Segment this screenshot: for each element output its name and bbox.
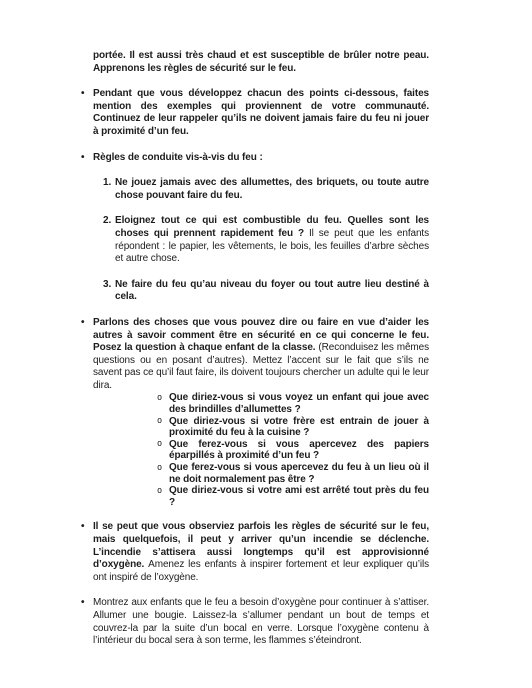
bullet-parlons-questions: •Parlons des choses que vous pouvez dire…: [93, 317, 429, 393]
document-page: portée. Il est aussi très chaud et est s…: [0, 0, 532, 688]
text-content: Ne jouez jamais avec des allumettes, des…: [115, 177, 429, 202]
text-content: Il se peut que vous observiez parfois le…: [93, 521, 429, 584]
text-content: Que diriez-vous si votre frère est entra…: [169, 416, 429, 439]
bullet-incendie-oxygene: •Il se peut que vous observiez parfois l…: [93, 521, 429, 584]
sub-bullet-icon: o: [157, 462, 169, 485]
text-content: Que ferez-vous si vous apercevez du feu …: [169, 462, 429, 485]
text-run-bold: Que ferez-vous si vous apercevez des pap…: [169, 439, 429, 462]
text-run-bold: Que ferez-vous si vous apercevez du feu …: [169, 462, 429, 485]
bullet-icon: •: [81, 521, 93, 584]
rule-item-2: 2.Eloignez tout ce qui est combustible d…: [103, 215, 429, 265]
bullet-regles-conduite-heading: •Règles de conduite vis-à-vis du feu :: [93, 152, 429, 165]
item-number: 1.: [103, 177, 115, 202]
text-run-bold: Que diriez-vous si vous voyez un enfant …: [169, 392, 429, 415]
paragraph-intro: portée. Il est aussi très chaud et est s…: [93, 50, 429, 75]
text-run-bold: Ne faire du feu qu’au niveau du foyer ou…: [115, 279, 429, 303]
document-content: portée. Il est aussi très chaud et est s…: [0, 0, 532, 688]
sub-bullet-icon: o: [157, 416, 169, 439]
question-ami-pres-du-feu: oQue diriez-vous si votre ami est arrêté…: [157, 485, 429, 508]
bullet-icon: •: [81, 152, 93, 165]
bullet-demo-bougie: •Montrez aux enfants que le feu a besoin…: [93, 597, 429, 647]
text-run-bold: Pendant que vous développez chacun des p…: [93, 88, 429, 137]
sub-bullet-icon: o: [157, 485, 169, 508]
question-feu-lieu-interdit: oQue ferez-vous si vous apercevez du feu…: [157, 462, 429, 485]
text-content: portée. Il est aussi très chaud et est s…: [93, 50, 429, 75]
bullet-icon: •: [81, 317, 93, 393]
text-content: Que diriez-vous si vous voyez un enfant …: [169, 392, 429, 415]
text-run-bold: Règles de conduite vis-à-vis du feu :: [93, 152, 263, 163]
rule-item-3: 3.Ne faire du feu qu’au niveau du foyer …: [103, 279, 429, 304]
text-content: Ne faire du feu qu’au niveau du foyer ou…: [115, 279, 429, 304]
text-content: Que diriez-vous si votre ami est arrêté …: [169, 485, 429, 508]
item-number: 2.: [103, 215, 115, 265]
text-content: Règles de conduite vis-à-vis du feu :: [93, 152, 429, 165]
text-run-regular: Montrez aux enfants que le feu a besoin …: [93, 597, 429, 646]
question-papiers-eparpilles: oQue ferez-vous si vous apercevez des pa…: [157, 439, 429, 462]
bullet-exemples-communaute: •Pendant que vous développez chacun des …: [93, 88, 429, 138]
text-run-bold: portée. Il est aussi très chaud et est s…: [93, 50, 429, 74]
bullet-icon: •: [81, 597, 93, 647]
sub-bullet-icon: o: [157, 439, 169, 462]
text-content: Que ferez-vous si vous apercevez des pap…: [169, 439, 429, 462]
text-run-bold: Ne jouez jamais avec des allumettes, des…: [115, 177, 429, 201]
question-frere-cuisine: oQue diriez-vous si votre frère est entr…: [157, 416, 429, 439]
bullet-icon: •: [81, 88, 93, 138]
question-brindilles: oQue diriez-vous si vous voyez un enfant…: [157, 392, 429, 415]
sub-bullet-icon: o: [157, 392, 169, 415]
rule-item-1: 1.Ne jouez jamais avec des allumettes, d…: [103, 177, 429, 202]
item-number: 3.: [103, 279, 115, 304]
text-content: Montrez aux enfants que le feu a besoin …: [93, 597, 429, 647]
text-content: Parlons des choses que vous pouvez dire …: [93, 317, 429, 393]
text-content: Eloignez tout ce qui est combustible du …: [115, 215, 429, 265]
text-run-bold: Que diriez-vous si votre ami est arrêté …: [169, 485, 429, 508]
text-run-bold: Que diriez-vous si votre frère est entra…: [169, 416, 429, 439]
text-content: Pendant que vous développez chacun des p…: [93, 88, 429, 138]
